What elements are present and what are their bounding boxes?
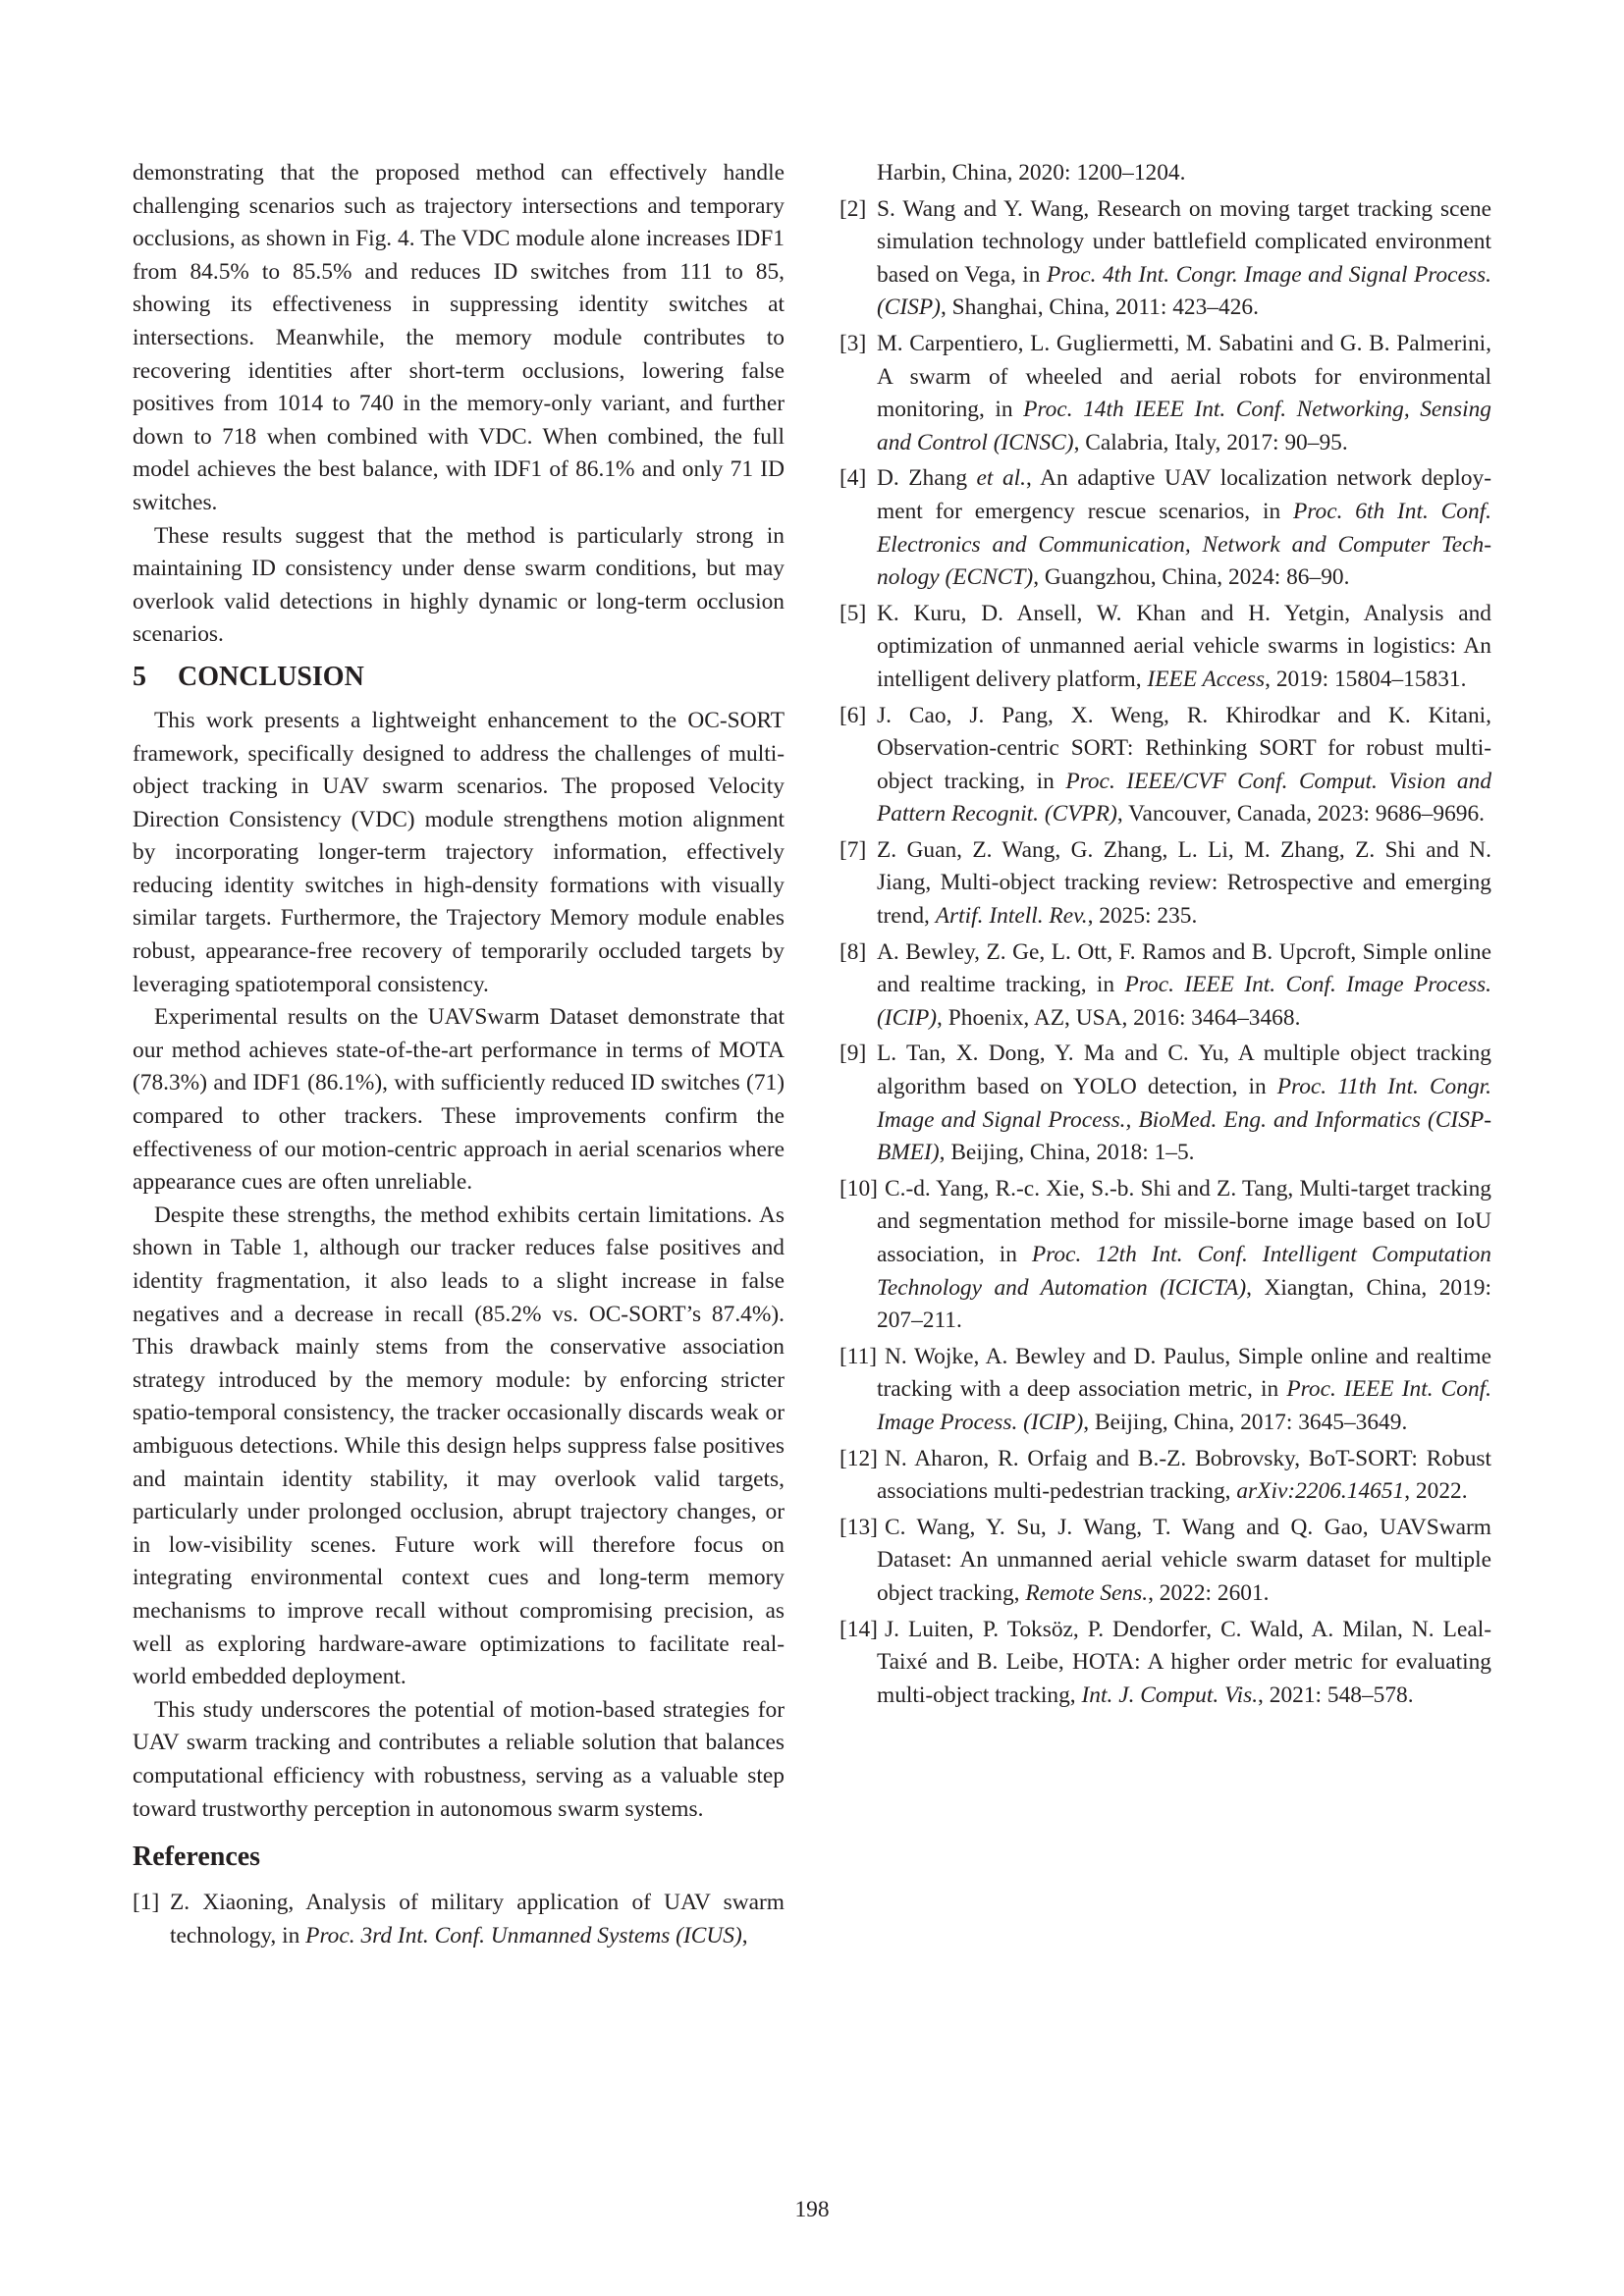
reference-list-left: [1] Z. Xiaoning, Analysis of military ap… xyxy=(133,1887,785,1952)
reference-body: Z. Xiaoning, Analysis of military applic… xyxy=(170,1890,785,1949)
reference-item: [10] C.-d. Yang, R.-c. Xie, S.-b. Shi an… xyxy=(839,1173,1491,1338)
reference-text: , 2022. xyxy=(1404,1478,1467,1504)
reference-text: , Phoenix, AZ, USA, 2016: 3464–3468. xyxy=(937,1005,1300,1031)
reference-text: , 2019: 15804–15831. xyxy=(1265,667,1466,692)
reference-label: [2] xyxy=(839,193,866,227)
section-title: CONCLUSION xyxy=(178,662,364,692)
reference-label: [12] xyxy=(839,1443,878,1476)
reference-item: [3] M. Carpentiero, L. Gugliermetti, M. … xyxy=(839,328,1491,459)
reference-item: [12] N. Aharon, R. Orfaig and B.-Z. Bobr… xyxy=(839,1443,1491,1509)
reference-text: , Shanghai, China, 2011: 423–426. xyxy=(941,294,1259,320)
conclusion-paragraph-3: Despite these strengths, the method exhi… xyxy=(133,1200,785,1694)
reference-body: K. Kuru, D. Ansell, W. Khan and H. Yetgi… xyxy=(877,601,1491,692)
references-heading: References xyxy=(133,1840,785,1875)
reference-body: C.-d. Yang, R.-c. Xie, S.-b. Shi and Z. … xyxy=(877,1173,1491,1338)
conclusion-paragraph-2: Experimental results on the UAVSwarm Dat… xyxy=(133,1001,785,1200)
reference-label: [13] xyxy=(839,1512,878,1545)
reference-item: [11] N. Wojke, A. Bewley and D. Paulus, … xyxy=(839,1341,1491,1440)
reference-label: [9] xyxy=(839,1038,866,1071)
reference-text: Harbin, China, 2020: 1200–1204. xyxy=(877,160,1185,186)
reference-label: [5] xyxy=(839,598,866,631)
reference-body: C. Wang, Y. Su, J. Wang, T. Wang and Q. … xyxy=(877,1512,1491,1611)
reference-item: [6] J. Cao, J. Pang, X. Weng, R. Khirodk… xyxy=(839,700,1491,831)
reference-item-continuation: Harbin, China, 2020: 1200–1204. xyxy=(839,157,1491,190)
reference-item: [7] Z. Guan, Z. Wang, G. Zhang, L. Li, M… xyxy=(839,834,1491,934)
reference-body: Z. Guan, Z. Wang, G. Zhang, L. Li, M. Zh… xyxy=(877,837,1491,929)
reference-item: [1] Z. Xiaoning, Analysis of military ap… xyxy=(133,1887,785,1952)
reference-body: J. Luiten, P. Toksöz, P. Dendorfer, C. W… xyxy=(877,1614,1491,1713)
reference-text: , Guangzhou, China, 2024: 86–90. xyxy=(1033,564,1349,590)
reference-list-right: Harbin, China, 2020: 1200–1204. [2] S. W… xyxy=(839,157,1491,1712)
reference-body: L. Tan, X. Dong, Y. Ma and C. Yu, A mult… xyxy=(877,1041,1491,1165)
reference-body: N. Aharon, R. Orfaig and B.-Z. Bobrovsky… xyxy=(877,1443,1491,1509)
reference-venue: arXiv:2206.14651 xyxy=(1236,1478,1404,1504)
right-column: Harbin, China, 2020: 1200–1204. [2] S. W… xyxy=(839,157,1491,1715)
reference-venue: Int. J. Comput. Vis. xyxy=(1082,1682,1259,1708)
page-number: 198 xyxy=(0,2197,1624,2223)
reference-venue: et al. xyxy=(977,465,1026,491)
reference-text: D. Zhang xyxy=(877,465,977,491)
reference-label: [7] xyxy=(839,834,866,868)
reference-label: [10] xyxy=(839,1173,878,1206)
reference-label: [6] xyxy=(839,700,866,733)
reference-item: [5] K. Kuru, D. Ansell, W. Khan and H. Y… xyxy=(839,598,1491,697)
results-paragraph-1: demonstrating that the proposed method c… xyxy=(133,157,785,520)
reference-text: , 2022: 2601. xyxy=(1148,1580,1269,1606)
reference-label: [4] xyxy=(839,462,866,496)
left-column: demonstrating that the proposed method c… xyxy=(133,157,785,1955)
reference-label: [3] xyxy=(839,328,866,361)
reference-venue: Proc. 3rd Int. Conf. Unmanned Systems (I… xyxy=(305,1923,742,1949)
reference-text: , 2025: 235. xyxy=(1088,903,1198,929)
reference-item: [2] S. Wang and Y. Wang, Research on mov… xyxy=(839,193,1491,325)
reference-body: J. Cao, J. Pang, X. Weng, R. Khirodkar a… xyxy=(877,703,1491,828)
reference-item: [14] J. Luiten, P. Toksöz, P. Dendorfer,… xyxy=(839,1614,1491,1713)
reference-text: , Beijing, China, 2018: 1–5. xyxy=(940,1140,1195,1165)
reference-text: , Calabria, Italy, 2017: 90–95. xyxy=(1074,430,1348,455)
reference-label: [11] xyxy=(839,1341,877,1374)
reference-text: , Vancouver, Canada, 2023: 9686–9696. xyxy=(1117,801,1485,827)
reference-item: [8] A. Bewley, Z. Ge, L. Ott, F. Ramos a… xyxy=(839,936,1491,1036)
reference-text: , xyxy=(742,1923,748,1949)
reference-body: Harbin, China, 2020: 1200–1204. xyxy=(877,160,1185,186)
reference-label: [14] xyxy=(839,1614,878,1647)
reference-body: D. Zhang et al., An adaptive UAV localiz… xyxy=(877,465,1491,590)
reference-item: [9] L. Tan, X. Dong, Y. Ma and C. Yu, A … xyxy=(839,1038,1491,1169)
section-number: 5 xyxy=(133,660,178,695)
reference-body: S. Wang and Y. Wang, Research on moving … xyxy=(877,196,1491,321)
section-heading-conclusion: 5CONCLUSION xyxy=(133,660,785,695)
reference-venue: Remote Sens. xyxy=(1025,1580,1148,1606)
reference-venue: IEEE Access xyxy=(1147,667,1265,692)
reference-text: , 2021: 548–578. xyxy=(1258,1682,1414,1708)
results-paragraph-2: These results suggest that the method is… xyxy=(133,520,785,652)
reference-label: [1] xyxy=(133,1887,159,1920)
reference-item: [4] D. Zhang et al., An adaptive UAV loc… xyxy=(839,462,1491,594)
reference-venue: Artif. Intell. Rev. xyxy=(936,903,1088,929)
reference-item: [13] C. Wang, Y. Su, J. Wang, T. Wang an… xyxy=(839,1512,1491,1611)
reference-label: [8] xyxy=(839,936,866,970)
conclusion-paragraph-4: This study underscores the potential of … xyxy=(133,1694,785,1826)
reference-text: , Beijing, China, 2017: 3645–3649. xyxy=(1083,1410,1407,1435)
reference-body: M. Carpentiero, L. Gugliermetti, M. Saba… xyxy=(877,331,1491,455)
reference-body: A. Bewley, Z. Ge, L. Ott, F. Ramos and B… xyxy=(877,939,1491,1031)
conclusion-paragraph-1: This work presents a lightweight enhance… xyxy=(133,705,785,1001)
reference-body: N. Wojke, A. Bewley and D. Paulus, Simpl… xyxy=(877,1341,1491,1440)
